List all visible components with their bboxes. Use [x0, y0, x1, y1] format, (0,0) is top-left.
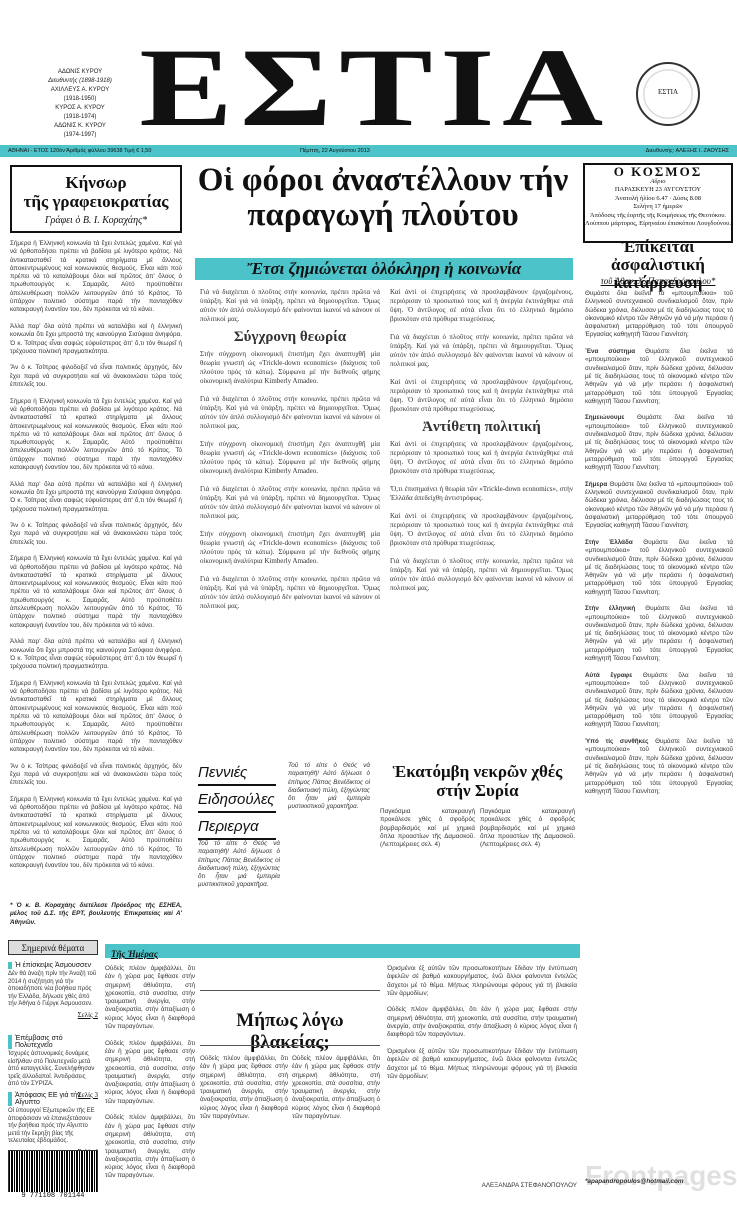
sidebar-header: Σημερινά θέματα [8, 940, 98, 955]
imeras-paragraph: Ὁρισμένοι ἐξ αὐτῶν τῶν προσωπικοτήτων ἔδ… [387, 1048, 577, 1081]
sidebar-item-desc: Δέν θά ἀναζη πρίν τήν Ἀναζή τοῦ 2014 ἡ σ… [8, 971, 98, 1009]
sidebar-item-desc: Ἰσχυρές ἀστυνομικές δυνάμεις εἰσῆλθαν στ… [8, 1051, 98, 1089]
left-article-title: Κήνσωρ [12, 173, 180, 192]
pennies-title: Ειδησούλες [198, 789, 276, 813]
coin-seal-icon: ΕΣΤΙΑ [636, 62, 700, 126]
main-subheadline: Ἔτσι ζημιώνεται ὁλόκληρη ἡ κοινωνία [195, 258, 573, 280]
sidebar-item-title: Ἀπόφασις ΕΕ γιά τήν Αἴγυπτο [8, 1092, 98, 1106]
main-headline: Οἱ φόροι ἀναστέλλουν τήν παραγωγή πλούτο… [188, 163, 578, 233]
right-article-paragraph: Θυμάστε ὅλα ἐκεῖνα τά «μπουμπούκια» τοῦ … [585, 539, 733, 596]
main-article-paragraph: Ὅ,τι ἐπισημαίνει ἡ θεωρία τῶν «Trickle-d… [390, 485, 573, 503]
kosmos-saints: Ἀπόδοσις τῆς ἑορτῆς τῆς Κοιμήσεως τῆς Θε… [585, 212, 731, 229]
section-heading-opposite-policy: Ἀντίθετη πολιτική [390, 414, 573, 440]
left-article-body: Σήμερα ἡ Ἑλληνική κοινωνία τά ἔχει ἐντελ… [10, 240, 182, 900]
right-article-body: Θυμάστε ὅλα ἐκεῖνα τά «μπουμπούκια» τοῦ … [585, 290, 733, 1140]
left-article-title-box: Κήνσωρ τῆς γραφειοκρατίας Γράφει ὁ Β. Ι.… [10, 165, 182, 233]
syria-text-col2: Παγκόσμια κατακραυγή προκάλεσε χθές ὁ σφ… [480, 808, 575, 905]
pennies-column-logo: Πεννιές Ειδησούλες Περιεργα [198, 762, 276, 843]
imeras-paragraph: Οὐδείς πλέον ἀμφιβάλλει, ὅτι ἐάν ἡ χώρα … [105, 965, 195, 1031]
left-article-footnote: * Ὁ κ. Β. Κοραχάης διετέλεσε Πρόεδρος τῆ… [10, 902, 182, 927]
pennies-title: Πεννιές [198, 762, 276, 786]
founder-line: (1918-1950) [40, 95, 120, 104]
kosmos-label: Αὔριο [585, 178, 731, 187]
right-subhead: Στήν Ἑλλάδα [585, 539, 633, 546]
left-article-paragraph: Ἀλλά παρ' ὅλα αὐτά πρέπει νά καταλάβει κ… [10, 638, 182, 671]
main-article-paragraph: Καί ἀντί οἱ ἐπιχειρήσεις νά προσλαμβάνου… [390, 378, 573, 414]
left-article-paragraph: Σήμερα ἡ Ἑλληνική κοινωνία τά ἔχει ἐντελ… [10, 398, 182, 473]
issue-date: Πέμπτη, 22 Αυγούστου 2013 [300, 145, 370, 157]
right-subhead: Σημειώνουμε [585, 414, 624, 421]
newspaper-logo: ΕΣΤΙΑ [125, 40, 625, 136]
main-article-paragraph: Στήν σύγχρονη οἰκονομική ἐπιστήμη ἔχει ἀ… [200, 530, 380, 566]
main-article-paragraph: Στήν σύγχρονη οἰκονομική ἐπιστήμη ἔχει ἀ… [200, 350, 380, 386]
founders-list: ΑΔΩΝΙΣ ΚΥΡΟΥ Διευθυντής (1898-1918) ΑΧΙΛ… [40, 68, 120, 140]
left-article-paragraph: Σήμερα ἡ Ἑλληνική κοινωνία τά ἔχει ἐντελ… [10, 796, 182, 871]
left-article-title: τῆς γραφειοκρατίας [12, 192, 180, 211]
main-article-paragraph: Γιά νά διαχέεται ὁ πλοῦτος στήν κοινωνία… [200, 485, 380, 521]
imeras-col2: Οὐδείς πλέον ἀμφιβάλλει, ὅτι ἐάν ἡ χώρα … [200, 1055, 288, 1200]
pennies-title: Περιεργα [198, 816, 276, 840]
issue-info: ΑΘΗΝΑΙ - ΕΤΟΣ 120όν Άριθμός φύλλου 39638… [8, 148, 151, 154]
main-article-paragraph: Γιά νά διαχέεται ὁ πλοῦτος στήν κοινωνία… [390, 557, 573, 593]
kosmos-date: ΠΑΡΑΣΚΕΥΗ 23 ΑΥΓΟΥΣΤΟΥ [585, 186, 731, 195]
founder-line: ΑΔΩΝΙΣ ΚΥΡΟΥ [40, 68, 120, 77]
right-article-paragraph: Θυμάστε ὅλα ἐκεῖνα τά «μπουμπούκια» τοῦ … [585, 672, 733, 729]
divider [200, 1045, 380, 1046]
right-article-paragraph: Θυμάστε ὅλα ἐκεῖνα τά «μπουμπούκια» τοῦ … [585, 605, 733, 662]
right-article-paragraph: Θυμάστε ὅλα ἐκεῖνα τά «μπουμπούκια» τοῦ … [585, 738, 733, 795]
section-heading-theory: Σύγχρονη θεωρία [200, 324, 380, 350]
left-article-lead: Σήμερα ἡ Ἑλληνική κοινωνία τά ἔχει ἐντελ… [10, 240, 182, 315]
left-article-paragraph: Ἀλλά παρ' ὅλα αὐτά πρέπει νά καταλάβει κ… [10, 323, 182, 356]
main-article-paragraph: Γιά νά διαχέεται ὁ πλοῦτος στήν κοινωνία… [200, 575, 380, 611]
left-article-paragraph: Ἄν ὁ κ. Τσίπρας φιλοδοξεῖ νά εἶναι πολιτ… [10, 763, 182, 788]
main-article-col1: Γιά νά διαχέεται ὁ πλοῦτος στήν κοινωνία… [200, 288, 380, 738]
imeras-col4: Ὁρισμένοι ἐξ αὐτῶν τῶν προσωπικοτήτων ἔδ… [387, 965, 577, 1155]
founder-line: (1974-1997) [40, 131, 120, 140]
main-article-paragraph: Καί ἀντί οἱ ἐπιχειρήσεις νά προσλαμβάνου… [390, 288, 573, 324]
sidebar-item-desc: Οἱ ὑπουργοί Ἐξωτερικῶν τῆς ΕΕ ἀποφάσισαν… [8, 1108, 98, 1146]
left-article-paragraph: Ἄν ὁ κ. Τσίπρας φιλοδοξεῖ νά εἶναι πολιτ… [10, 364, 182, 389]
imeras-col1: Οὐδείς πλέον ἀμφιβάλλει, ὅτι ἐάν ἡ χώρα … [105, 965, 195, 1200]
left-article-paragraph: Ἄν ὁ κ. Τσίπρας φιλοδοξεῖ νά εἶναι πολιτ… [10, 522, 182, 547]
right-article-paragraph: Θυμάστε ὅλα ἐκεῖνα τά «μπουμπούκια» τοῦ … [585, 348, 733, 405]
right-article-paragraph: Θυμάστε ὅλα ἐκεῖνα τά «μπουμπούκια» τοῦ … [585, 290, 733, 340]
director: Διευθυντής: ΑΛΕΞΗΣ Ι. ΖΑΟΥΣΗΣ [646, 145, 729, 157]
imeras-bar: Τῆς Ἡμέρας [105, 944, 580, 958]
barcode-number: 9 771108 701144 [8, 1192, 98, 1200]
right-subhead: Ἕνα σύστημα [585, 348, 635, 355]
syria-text-col1: Παγκόσμια κατακραυγή προκάλεσε χθές ὁ σφ… [380, 808, 475, 905]
imeras-author: ΑΛΕΞΑΝΔΡΑ ΣΤΕΦΑΝΟΠΟΥΛΟΥ [387, 1182, 577, 1190]
left-article-byline: Γράφει ὁ Β. Ι. Κοραχάης* [12, 211, 180, 230]
watermark: Frontpages.gr [585, 1160, 737, 1192]
imeras-paragraph: Οὐδείς πλέον ἀμφιβάλλει, ὅτι ἐάν ἡ χώρα … [105, 1114, 195, 1180]
main-article-col2: Καί ἀντί οἱ ἐπιχειρήσεις νά προσλαμβάνου… [390, 288, 573, 738]
kosmos-box: Ο ΚΟΣΜΟΣ Αὔριο ΠΑΡΑΣΚΕΥΗ 23 ΑΥΓΟΥΣΤΟΥ Ἀν… [583, 163, 733, 243]
right-subhead: Σήμερα [585, 481, 607, 488]
imeras-label: Τῆς Ἡμέρας [105, 949, 158, 959]
founder-line: ΑΧΙΛΛΕΥΣ Α. ΚΥΡΟΥ [40, 86, 120, 95]
right-subhead: Αὐτά ἔγραφε [585, 672, 632, 679]
sidebar-item-page: Σελίς 2 [8, 1011, 98, 1019]
left-article-paragraph: Σήμερα ἡ Ἑλληνική κοινωνία τά ἔχει ἐντελ… [10, 680, 182, 755]
founder-line: ΚΥΡΟΣ Α. ΚΥΡΟΥ [40, 104, 120, 113]
sidebar-item[interactable]: Ἐπέμβασις στό Πολυτεχνεῖο Ἰσχυρές ἀστυνο… [8, 1035, 98, 1099]
sidebar-item[interactable]: Ἡ ἐπίσκεψις Ἀσμουσσεν Δέν θά ἀναζη πρίν … [8, 962, 98, 1019]
main-article-paragraph: Γιά νά διαχέεται ὁ πλοῦτος στήν κοινωνία… [200, 395, 380, 431]
right-subhead: Στήν ἑλληνική [585, 605, 635, 612]
sidebar-item-title: Ἡ ἐπίσκεψις Ἀσμουσσεν [8, 962, 98, 969]
main-article-paragraph: Γιά νά διαχέεται ὁ πλοῦτος στήν κοινωνία… [390, 333, 573, 369]
imeras-paragraph: Οὐδείς πλέον ἀμφιβάλλει, ὅτι ἐάν ἡ χώρα … [387, 1006, 577, 1039]
right-article-paragraph: Θυμάστε ὅλα ἐκεῖνα τά «μπουμπούκια» τοῦ … [585, 414, 733, 471]
founder-line: (1918-1974) [40, 113, 120, 122]
kosmos-sun: Ἀνατολή ἡλίου 6.47 · Δύσις 8.08 [585, 195, 731, 204]
main-article-paragraph: Καί ἀντί οἱ ἐπιχειρήσεις νά προσλαμβάνου… [390, 440, 573, 476]
right-subhead: Ὑπό τίς συνθῆκες [585, 738, 648, 745]
divider [200, 990, 380, 991]
syria-headline: Ἑκατόμβη νεκρῶν χθές στήν Συρία [380, 762, 575, 800]
left-article-paragraph: Ἀλλά παρ' ὅλα αὐτά πρέπει νά καταλάβει κ… [10, 481, 182, 514]
kosmos-moon: Σελήνη 17 ἡμερῶν [585, 203, 731, 212]
sidebar-item[interactable]: Ἀπόφασις ΕΕ γιά τήν Αἴγυπτο Οἱ ὑπουργοί … [8, 1092, 98, 1156]
sidebar-item-title: Ἐπέμβασις στό Πολυτεχνεῖο [8, 1035, 98, 1049]
pennies-text-1: Τοῦ τό εἶπε ὁ Θεός νά παραιτηθῆ! Αὐτό δή… [198, 840, 280, 905]
imeras-paragraph: Ὁρισμένοι ἐξ αὐτῶν τῶν προσωπικοτήτων ἔδ… [387, 965, 577, 998]
founder-line: Διευθυντής (1898-1918) [40, 77, 120, 86]
main-article-paragraph: Καί ἀντί οἱ ἐπιχειρήσεις νά προσλαμβάνου… [390, 512, 573, 548]
imeras-paragraph: Οὐδείς πλέον ἀμφιβάλλει, ὅτι ἐάν ἡ χώρα … [105, 1040, 195, 1106]
imeras-col3: Οὐδείς πλέον ἀμφιβάλλει, ὅτι ἐάν ἡ χώρα … [292, 1055, 380, 1200]
main-article-paragraph: Στήν σύγχρονη οἰκονομική ἐπιστήμη ἔχει ἀ… [200, 440, 380, 476]
seal-text: ΕΣΤΙΑ [638, 88, 698, 96]
left-article-paragraph: Σήμερα ἡ Ἑλληνική κοινωνία τά ἔχει ἐντελ… [10, 555, 182, 630]
main-article-intro: Γιά νά διαχέεται ὁ πλοῦτος στήν κοινωνία… [200, 288, 380, 324]
imeras-headline: Μήπως λόγω βλακείας; [200, 1010, 380, 1054]
dateline-bar: ΑΘΗΝΑΙ - ΕΤΟΣ 120όν Άριθμός φύλλου 39638… [0, 145, 737, 157]
founder-line: ΑΔΩΝΙΣ Κ. ΚΥΡΟΥ [40, 122, 120, 131]
pennies-text-2: Τοῦ τό εἶπε ὁ Θεός νά παραιτηθῆ! Αὐτό δή… [288, 762, 370, 905]
right-article-byline: τοῦ Ἀθαν. Χ. Παπανδρόπουλου* [583, 276, 733, 286]
right-article-paragraph: Θυμάστε ὅλα ἐκεῖνα τά «μπουμπούκια» τοῦ … [585, 481, 733, 529]
kosmos-title: Ο ΚΟΣΜΟΣ [585, 168, 731, 177]
